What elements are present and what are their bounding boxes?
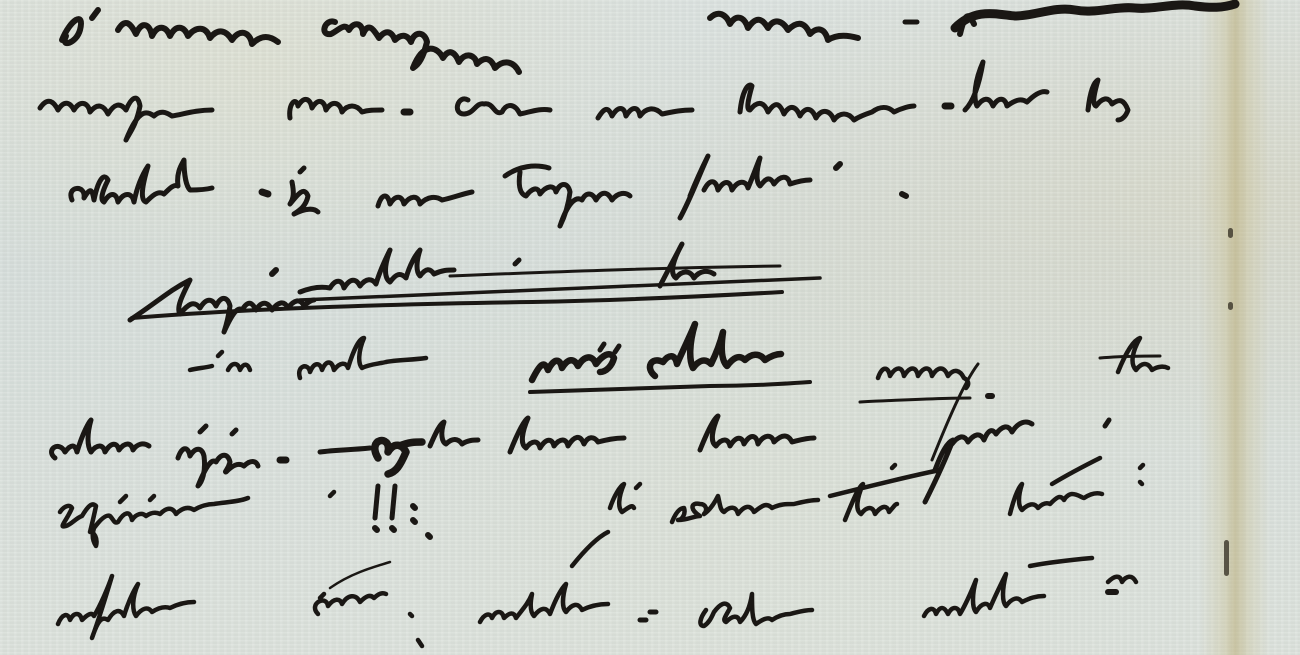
manuscript-page: Je vous aime ... indisputables ensemble … [0,0,1300,655]
transcript-line-6: à bien reposé ... ta tendresse parfaite [55,430,704,465]
transcript-line-8: un sur ton cœur, un sur ta bouche un sur… [58,590,826,625]
transcript-line-2: ressentir pour cela une tendresse telle … [40,82,767,117]
transcript-line-7: rejoins ami !!: . Je te donne trois bais… [60,500,758,535]
transcript-line-3: à l'adresse ils sont toujours pourtant. [70,170,716,205]
transcript-line-5: Tu as rendu mon adorée amours te [190,350,788,385]
transcript-line-4: Le papier manchette sur [130,272,551,307]
transcript-line-1: Je vous aime ... indisputables ensemble … [60,0,782,35]
